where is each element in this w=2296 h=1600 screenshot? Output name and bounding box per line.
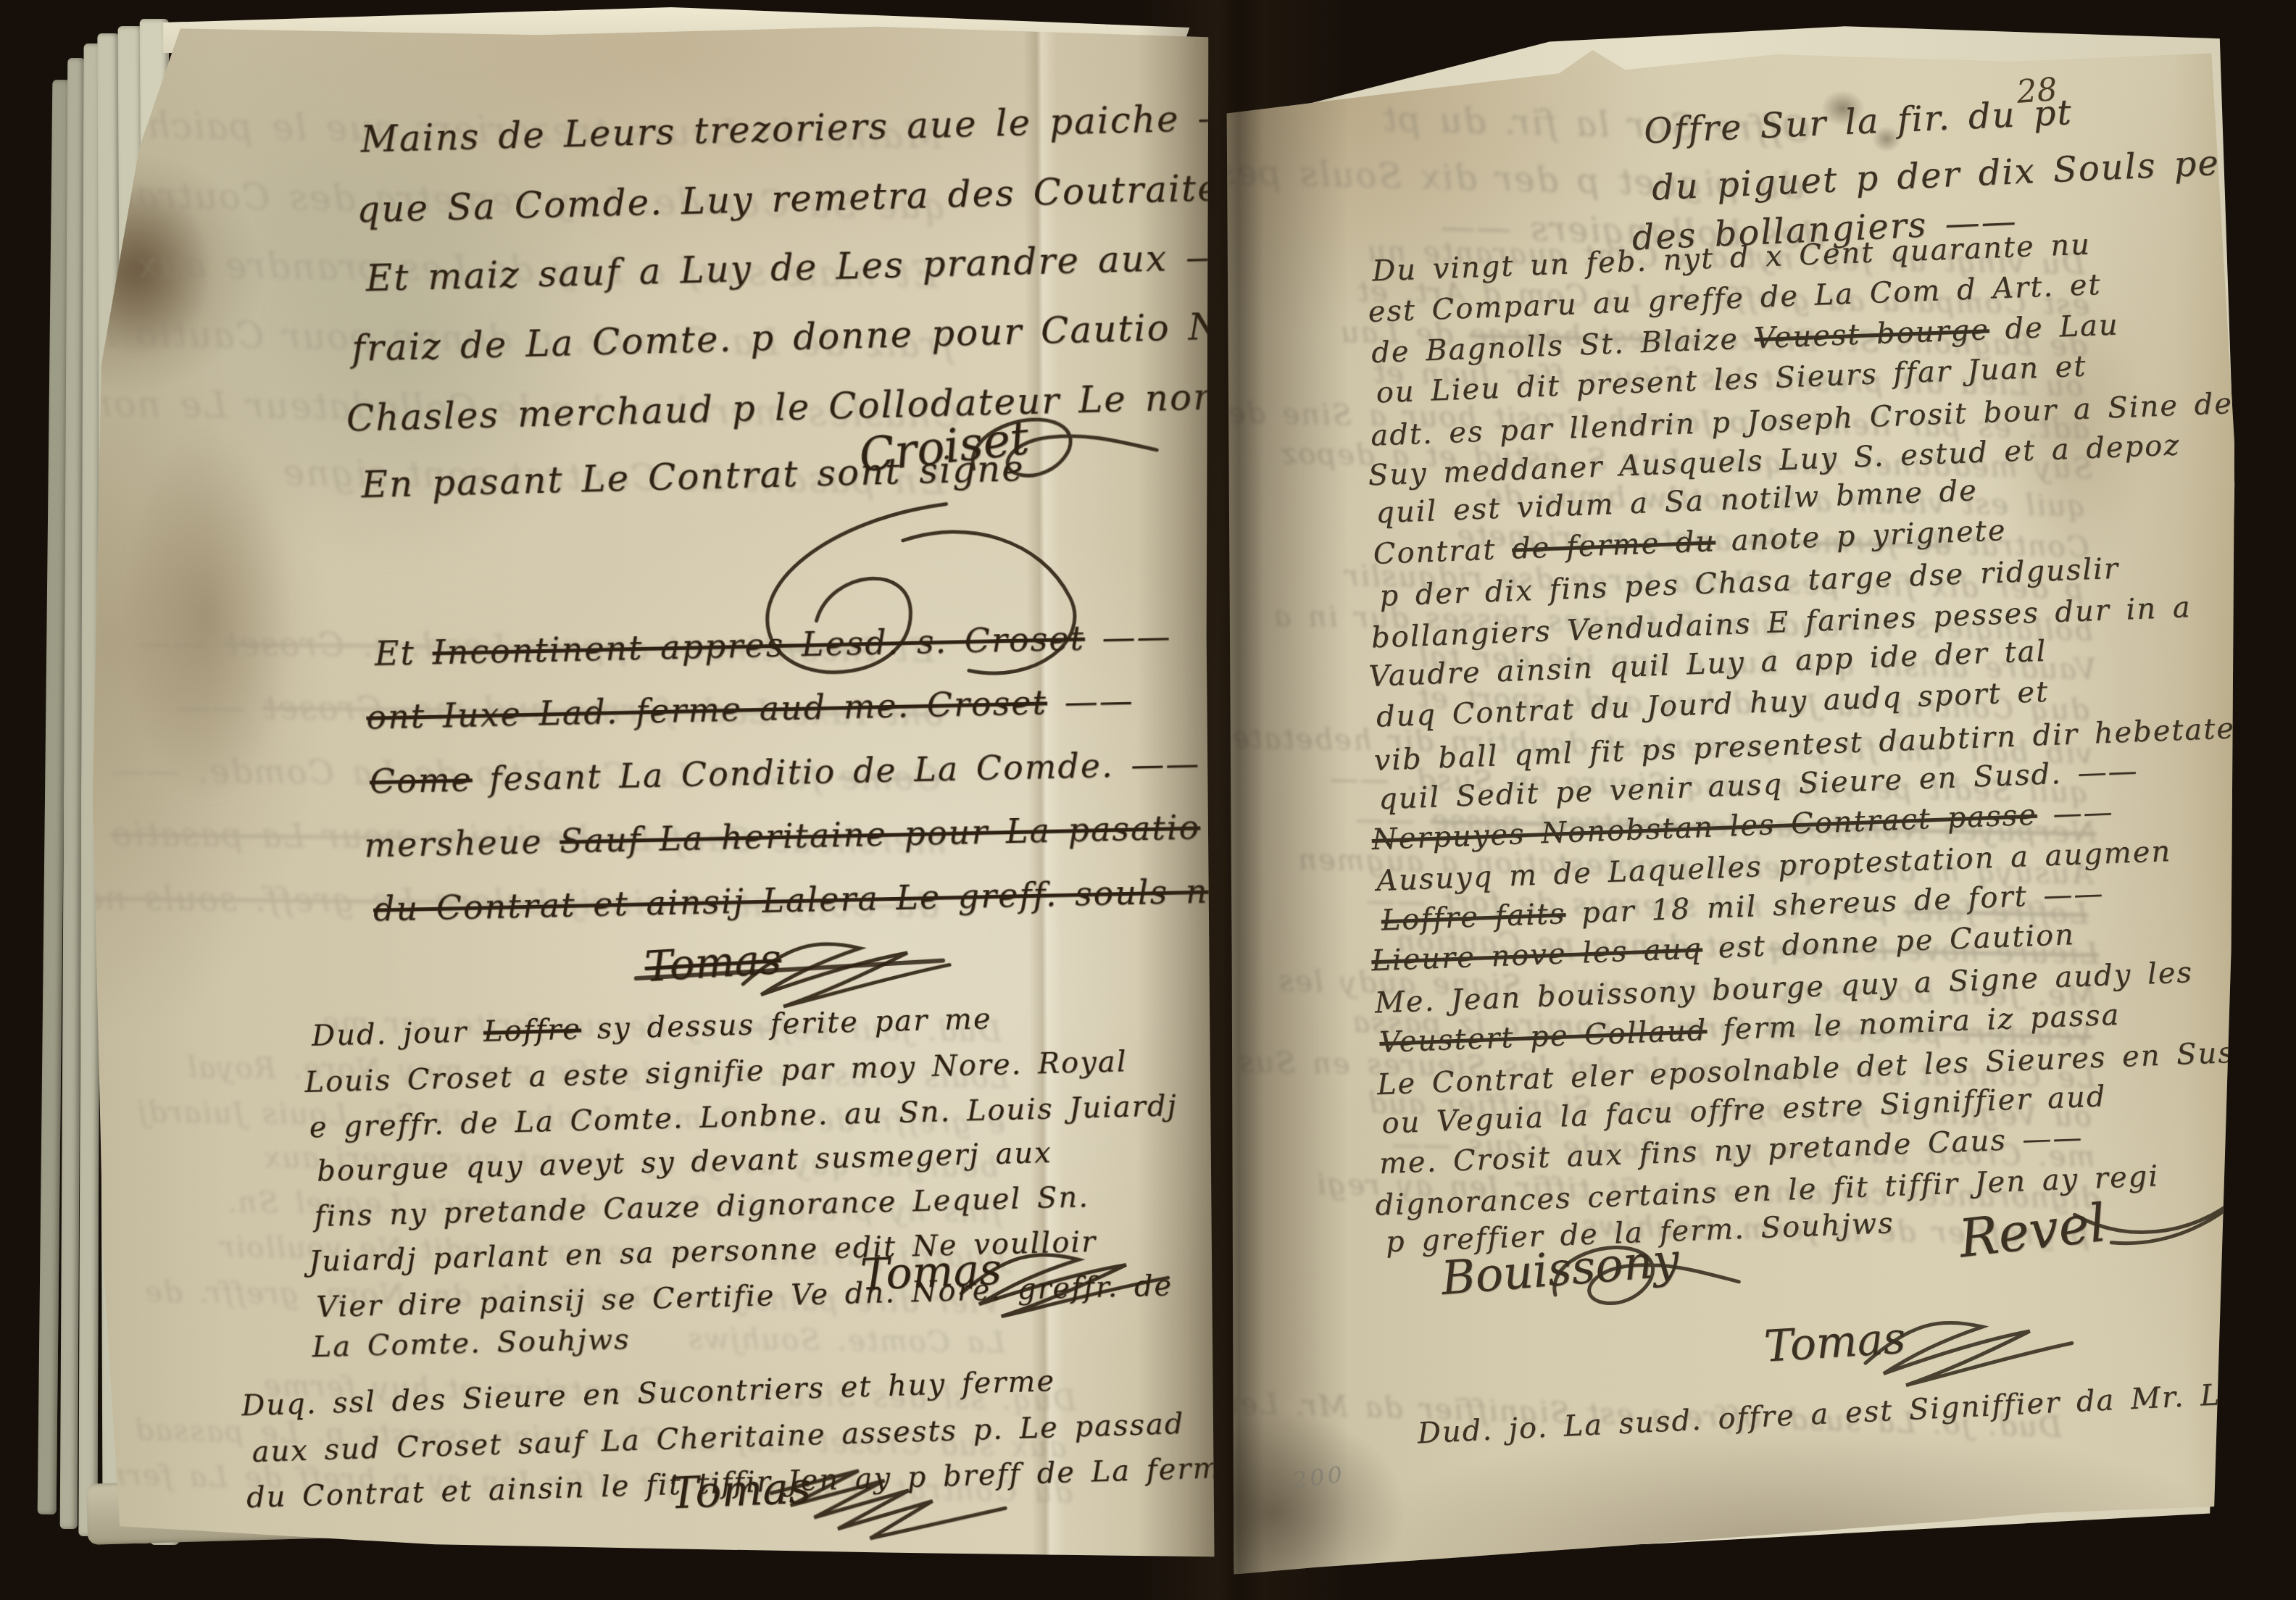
word-segment: Dud. jour: [312, 1015, 484, 1053]
struck-words: Loffre: [483, 1013, 581, 1049]
manuscript-line: Offre Sur la fir. du pt: [1643, 95, 2073, 149]
signature-paraph-flourish: [764, 1451, 1015, 1570]
word-segment: fesant La Conditio de La Comde. ——: [472, 743, 1201, 799]
manuscript-line: Duq. ssl des Sieure en Sucontriers et hu…: [241, 1367, 1056, 1420]
word-segment: ——: [2037, 796, 2114, 832]
manuscript-line: Louis Croset a este signifie par moy Nor…: [304, 1047, 1128, 1097]
word-segment: Dud. jo. La susd. offre a est Signiffier…: [1417, 1375, 2248, 1450]
left-manuscript-page: Mains de Leurs trezoriers aue le paiche …: [88, 17, 1222, 1574]
word-segment: ferm le nomira iz passa: [1707, 999, 2121, 1047]
word-segment: du piguet p der dix Souls pess: [1651, 141, 2248, 208]
manuscript-line: mersheue Sauf La heritaine pour La pasat…: [364, 810, 1201, 862]
word-segment: que Sa Comde. Luy remetra des Coutraites…: [356, 164, 1222, 230]
word-segment: mersheue: [364, 822, 560, 865]
word-segment: Offre Sur la fir. du pt: [1643, 92, 2074, 151]
signature-paraph-flourish: [1541, 1225, 1750, 1336]
manuscript-line: que Sa Comde. Luy remetra des Coutraites…: [357, 167, 1223, 228]
word-segment: La Comte. Souhjws: [312, 1322, 631, 1364]
signature-paraph-flourish: [954, 1234, 1176, 1337]
word-segment: de Bagnolls St. Blaize: [1370, 322, 1755, 370]
signature: Tomas: [860, 1248, 1002, 1297]
signature: Tomas: [644, 938, 783, 988]
manuscript-line: Et maiz sauf a Luy de Les prandre aux ——: [365, 238, 1222, 296]
manuscript-line: bourgue quy aveyt sy devant susmegerj au…: [317, 1138, 1052, 1186]
word-segment: ——: [137, 623, 224, 663]
word-segment: Et maiz sauf a Luy de Les prandre aux ——: [365, 235, 1223, 299]
right-manuscript-page: 28 200 Offre Sur la fir. du ptdu piguet …: [1219, 28, 2248, 1574]
word-segment: est donne pe Caution: [1702, 918, 2076, 965]
manuscript-line: du piguet p der dix Souls pess: [1651, 143, 2248, 205]
manuscript-line: Dud. jo. La susd. offre a est Signiffier…: [1417, 1377, 2248, 1448]
word-segment: bourgue quy aveyt sy devant susmegerj au…: [317, 1136, 1053, 1188]
manuscript-line: du Contrat et ainsij Lalera Le greff. so…: [373, 874, 1223, 926]
word-segment: fins ny pretande Cauze dignorance Lequel…: [314, 1180, 1089, 1233]
struck-words: Lieure nove les auq: [1370, 932, 1702, 978]
struck-words: Veuest bourge: [1754, 313, 1990, 355]
manuscript-line: fraiz de La Comte. p donne pour Cautio N…: [352, 307, 1223, 366]
word-segment: Duq. ssl des Sieure en Sucontriers et hu…: [241, 1364, 1056, 1422]
struck-words: Come: [369, 759, 473, 801]
word-segment: Contrat: [1373, 533, 1513, 571]
word-segment: Et: [374, 633, 433, 673]
manuscript-line: Come fesant La Conditio de La Comde. ——: [369, 746, 1200, 798]
bleedthrough-line: La Comte. Souhjws: [686, 1325, 1005, 1358]
manuscript-line: fins ny pretande Cauze dignorance Lequel…: [314, 1183, 1089, 1231]
signature: Tomas: [1763, 1317, 1907, 1369]
struck-words: Veustert pe Collaud: [1379, 1014, 1708, 1059]
word-segment: de Lau: [1989, 308, 2119, 346]
signature: Revel: [1956, 1196, 2108, 1265]
word-segment: fraiz de La Comte. p donne pour Cautio N…: [352, 304, 1223, 369]
struck-words: de ferme du: [1511, 525, 1716, 566]
struck-words: Sauf La heritaine pour La pasatio: [560, 807, 1201, 860]
signature: Tomas: [669, 1466, 812, 1515]
word-segment: anote p yrignete: [1715, 514, 2007, 558]
manuscript-line: Mains de Leurs trezoriers aue le paiche …: [360, 99, 1223, 158]
manuscript-line: La Comte. Souhjws: [312, 1325, 631, 1362]
signature-paraph-flourish: [1858, 1299, 2081, 1407]
struck-words: Loffre faits: [1381, 897, 1566, 938]
word-segment: Mains de Leurs trezoriers aue le paiche …: [360, 96, 1223, 161]
water-stain: [120, 428, 296, 806]
signature-paraph-flourish: [728, 496, 1107, 715]
word-segment: ——: [175, 687, 262, 727]
word-segment: Louis Croset a este signifie par moy Nor…: [304, 1045, 1128, 1099]
word-segment: La Comte. Souhjws: [686, 1322, 1005, 1360]
signature-paraph-flourish: [736, 921, 958, 1028]
pencil-folio-number: 200: [1291, 1460, 1347, 1494]
struck-words: du Contrat et ainsij Lalera Le greff. so…: [373, 871, 1222, 929]
photographed-manuscript-spread: { "colors":{ "background":"#17100a","pap…: [0, 0, 2296, 1600]
